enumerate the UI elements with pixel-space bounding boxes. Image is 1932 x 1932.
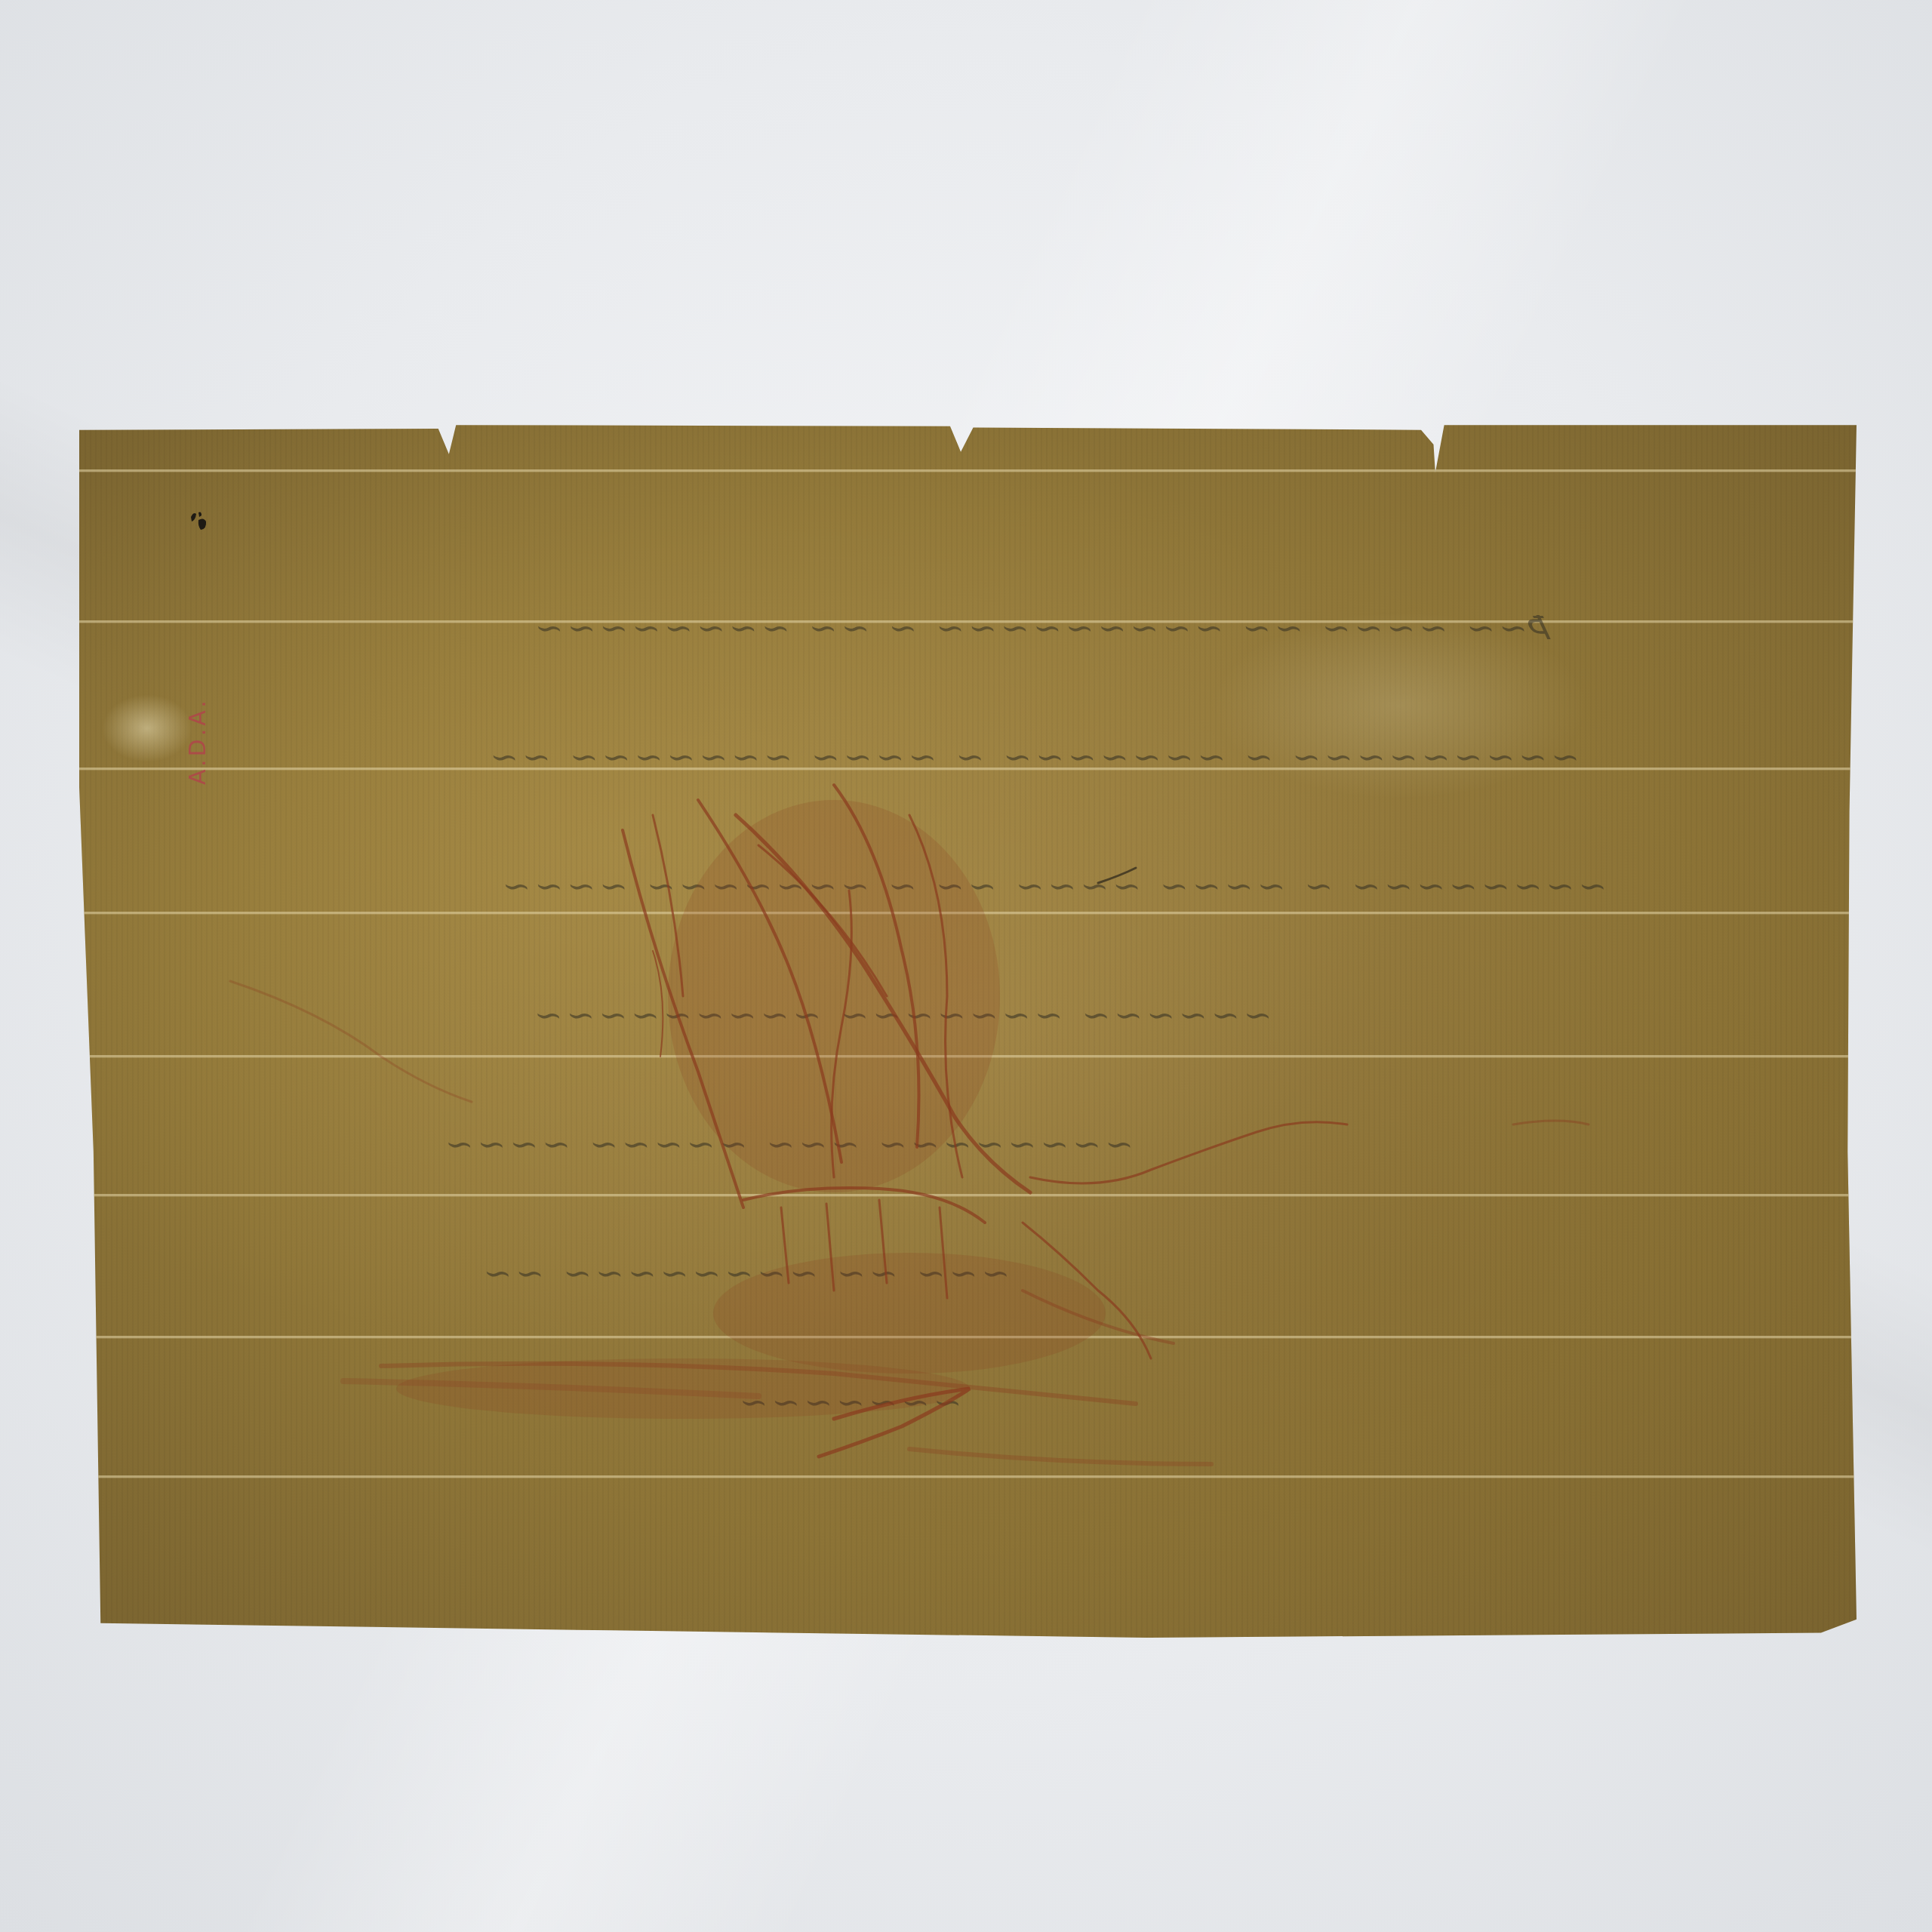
paper-sheet: A.D.A. Ꝥ~~ ~~~~ ~~ ~~~~~~~~~ ~ ~~ ~~~~~~… (79, 423, 1857, 1638)
red-chalk-tree-sketch (79, 423, 1857, 1638)
